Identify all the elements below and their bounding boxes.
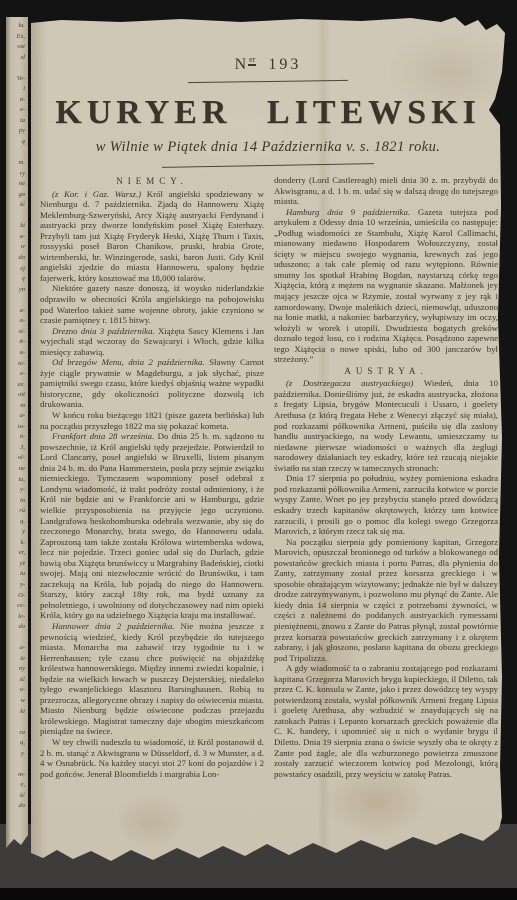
edge-fragment: n- [6, 95, 25, 106]
article-paragraph: Hamburg dnia 9 października. Gazeta tute… [274, 207, 498, 365]
edge-fragment: y- [6, 580, 25, 591]
edge-fragment: in [6, 496, 25, 507]
edge-fragment: yż [6, 559, 25, 570]
edge-fragment: m. [6, 158, 25, 169]
edge-fragment: ń- [6, 432, 25, 443]
article-paragraph: Drezno dnia 3 października. Xiążęta Sasc… [40, 326, 264, 358]
edge-fragment: ol- [6, 453, 25, 464]
page-title: KURYER LITEWSKI [31, 94, 505, 132]
edge-fragment: m- [6, 770, 25, 781]
masthead-rule-top [188, 80, 348, 83]
right-column: donderry (Lord Castlereagh) mieli dnia 3… [274, 175, 498, 811]
edge-fragment: ą [6, 137, 25, 148]
issue-prefix: N [235, 56, 249, 73]
article-paragraph: Dnia 17 sierpnia po południu, wyżey pomi… [274, 473, 498, 536]
edge-fragment: ie [6, 654, 25, 665]
article-paragraph: A gdy wiadomość ta o zabraniu zostająceg… [274, 663, 498, 779]
edge-fragment: a- [6, 232, 25, 243]
edge-fragment: yn [6, 285, 25, 296]
edge-fragment: ej [6, 264, 25, 275]
edge-fragment: oii [6, 390, 25, 401]
edge-fragment: e, [6, 780, 25, 791]
edge-fragment: ce- [6, 601, 25, 612]
newspaper-page: Ner193 KURYER LITEWSKI w Wilnie w Piątek… [31, 17, 505, 862]
scan-bottom-band [0, 888, 517, 900]
dateline: w Wilnie w Piątek dnia 14 Października v… [31, 139, 505, 156]
edge-fragment: w [6, 242, 25, 253]
edge-fragment: u- [6, 348, 25, 359]
edge-fragment: a- [6, 411, 25, 422]
edge-fragment: si- [6, 327, 25, 338]
edge-fragment: ny [6, 664, 25, 675]
edge-fragment: 3, [6, 443, 25, 454]
edge-fragment: ne [6, 464, 25, 475]
masthead: Ner193 KURYER LITEWSKI w Wilnie w Piątek… [31, 17, 505, 166]
edge-fragment: Ve- [6, 74, 25, 85]
edge-fragment: Ex, [6, 32, 25, 43]
edge-fragment: ła. [6, 21, 25, 32]
edge-fragment: ra [6, 728, 25, 739]
article-paragraph: W tey chwili nadeszła tu wiadomość, iż K… [40, 737, 264, 779]
article-paragraph: donderry (Lord Castlereagh) mieli dnia 3… [274, 175, 498, 207]
edge-fragment: e- [6, 369, 25, 380]
edge-fragment: go [6, 190, 25, 201]
article-paragraph: Frankfort dnia 28 września. Do dnia 25 b… [40, 431, 264, 621]
edge-fragment: do [6, 801, 25, 812]
dateline-lead: (z Dostrzegacza austryackiego) [286, 378, 424, 388]
edge-fragment: ę [6, 274, 25, 285]
article-paragraph: (z Dostrzegacza austryackiego) Wiedeń, d… [274, 378, 498, 473]
left-column: NIEMCY.(z Kor. i Gaz. Warsz.) Król angie… [40, 175, 264, 811]
newspaper-scan: ła.Ex,ostsł Ve-in-e-iapyą m.rynegość kia… [0, 0, 517, 900]
edge-fragment: ą. [6, 517, 25, 528]
edge-fragment: w [6, 696, 25, 707]
edge-fragment: it- [6, 337, 25, 348]
dateline-lead: (z Kor. i Gaz. Warsz.) [52, 189, 147, 199]
article-paragraph: W końcu roku bieżącego 1821 (pisze gazet… [40, 410, 264, 431]
edge-fragment [6, 148, 25, 159]
dateline-lead: Od brzegów Menu, dnia 2 października. [52, 357, 209, 367]
dateline-lead: Frankfort dnia 28 września. [52, 431, 158, 441]
dateline-lead: Drezno dnia 3 października. [52, 326, 158, 336]
edge-fragment: ia- [6, 422, 25, 433]
edge-fragment: y [6, 527, 25, 538]
edge-fragment: k. [6, 538, 25, 549]
edge-fragment [6, 63, 25, 74]
issue-value: 193 [268, 56, 301, 73]
edge-fragment: ia [6, 116, 25, 127]
article-paragraph: Na początku sierpnia gdy pomieniony kapi… [274, 537, 498, 664]
edge-fragment: a- [6, 643, 25, 654]
edge-fragment: ry [6, 169, 25, 180]
dateline-lead: Hannower dnia 2 października. [52, 621, 180, 631]
edge-fragment: do [6, 253, 25, 264]
edge-fragment: o- [6, 685, 25, 696]
edge-fragment [6, 633, 25, 644]
issue-number: Ner193 [31, 55, 505, 74]
edge-fragment: ść [6, 675, 25, 686]
edge-fragment: ść [6, 791, 25, 802]
edge-fragment: ee. [6, 380, 25, 391]
edge-fragment: le- [6, 612, 25, 623]
section-heading: NIEMCY. [40, 176, 264, 187]
edge-fragment: ia, [6, 475, 25, 486]
edge-fragment [6, 211, 25, 222]
article-columns: NIEMCY.(z Kor. i Gaz. Warsz.) Król angie… [31, 166, 505, 811]
edge-fragment [6, 717, 25, 728]
edge-fragment [6, 759, 25, 770]
adjacent-page-edge: ła.Ex,ostsł Ve-in-e-iapyą m.rynegość kia… [6, 17, 28, 857]
edge-text-fragments: ła.Ex,ostsł Ve-in-e-iapyą m.rynegość kia… [6, 17, 28, 812]
article-paragraph: Hannower dnia 2 października. Nie można … [40, 621, 264, 737]
edge-fragment: ost [6, 42, 25, 53]
edge-fragment: ki [6, 221, 25, 232]
edge-fragment: rú [6, 506, 25, 517]
edge-fragment: te- [6, 359, 25, 370]
article-paragraph: (z Kor. i Gaz. Warsz.) Król angielski sp… [40, 189, 264, 284]
article-paragraph: Od brzegów Menu, dnia 2 października. Sł… [40, 357, 264, 410]
edge-fragment: ne [6, 179, 25, 190]
edge-fragment: a- [6, 316, 25, 327]
edge-fragment: O- [6, 591, 25, 602]
edge-fragment: ki [6, 707, 25, 718]
edge-fragment: ą, [6, 738, 25, 749]
edge-fragment: er, [6, 548, 25, 559]
edge-fragment: sł [6, 53, 25, 64]
edge-fragment: m [6, 401, 25, 412]
edge-fragment: e- [6, 105, 25, 116]
edge-fragment: ść [6, 200, 25, 211]
edge-fragment: a- [6, 306, 25, 317]
edge-fragment: y- [6, 485, 25, 496]
edge-fragment: i [6, 84, 25, 95]
issue-superscript: er [248, 55, 256, 66]
article-paragraph: Niektóre gazety nasze donoszą, iż woysko… [40, 283, 264, 325]
section-heading: AUSTRYA. [274, 366, 498, 377]
edge-fragment: py [6, 126, 25, 137]
dateline-lead: Hamburg dnia 9 października. [286, 207, 418, 217]
edge-fragment: y. [6, 749, 25, 760]
edge-fragment: do [6, 622, 25, 633]
edge-fragment: iu [6, 569, 25, 580]
edge-fragment [6, 295, 25, 306]
